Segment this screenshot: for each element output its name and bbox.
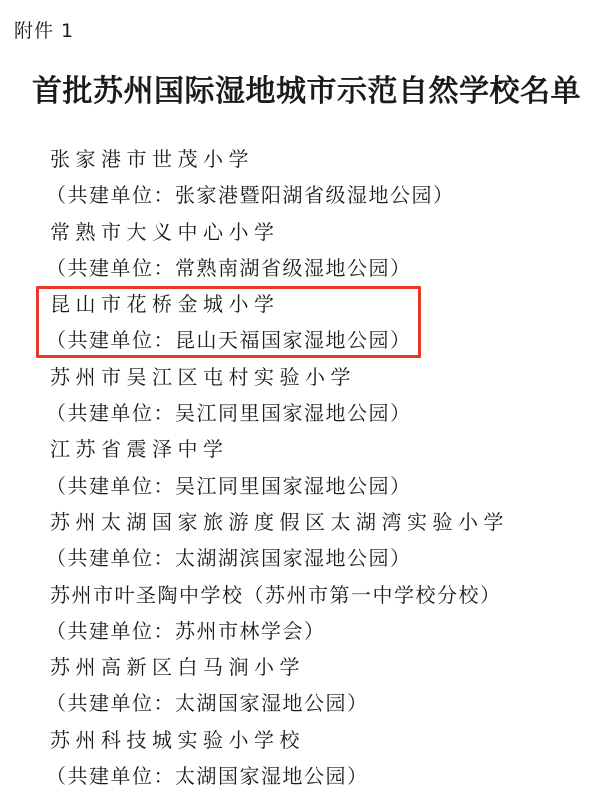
co-construction-unit: （共建单位：吴江同里国家湿地公园） — [0, 469, 613, 505]
school-name: 苏州高新区白马涧小学 — [0, 650, 613, 686]
school-name: 张家港市世茂小学 — [0, 142, 613, 178]
school-name: 常熟市大义中心小学 — [0, 215, 613, 251]
school-entry: 苏州高新区白马涧小学（共建单位：太湖国家湿地公园） — [0, 650, 613, 723]
school-entry-highlighted: 昆山市花桥金城小学（共建单位：昆山天福国家湿地公园） — [0, 287, 613, 360]
school-name: 江苏省震泽中学 — [0, 432, 613, 468]
co-construction-unit: （共建单位：苏州市林学会） — [0, 614, 613, 650]
school-name: 苏州太湖国家旅游度假区太湖湾实验小学 — [0, 505, 613, 541]
school-name: 苏州市叶圣陶中学校（苏州市第一中学校分校） — [0, 578, 613, 614]
page-title: 首批苏州国际湿地城市示范自然学校名单 — [0, 66, 613, 110]
attachment-label: 附件 1 — [14, 16, 74, 43]
co-construction-unit: （共建单位：太湖国家湿地公园） — [0, 759, 613, 793]
school-list: 张家港市世茂小学（共建单位：张家港暨阳湖省级湿地公园）常熟市大义中心小学（共建单… — [0, 142, 613, 793]
school-name: 苏州科技城实验小学校 — [0, 723, 613, 759]
co-construction-unit: （共建单位：常熟南湖省级湿地公园） — [0, 251, 613, 287]
school-entry: 江苏省震泽中学（共建单位：吴江同里国家湿地公园） — [0, 432, 613, 505]
document-page: { "page": { "attachment_label": "附件 1", … — [0, 0, 613, 793]
co-construction-unit: （共建单位：太湖湖滨国家湿地公园） — [0, 541, 613, 577]
co-construction-unit: （共建单位：昆山天福国家湿地公园） — [0, 323, 613, 359]
school-name: 苏州市吴江区屯村实验小学 — [0, 360, 613, 396]
co-construction-unit: （共建单位：太湖国家湿地公园） — [0, 686, 613, 722]
co-construction-unit: （共建单位：吴江同里国家湿地公园） — [0, 396, 613, 432]
school-entry: 苏州市吴江区屯村实验小学（共建单位：吴江同里国家湿地公园） — [0, 360, 613, 433]
school-entry: 苏州科技城实验小学校（共建单位：太湖国家湿地公园） — [0, 723, 613, 793]
school-name: 昆山市花桥金城小学 — [0, 287, 613, 323]
school-entry: 苏州市叶圣陶中学校（苏州市第一中学校分校）（共建单位：苏州市林学会） — [0, 578, 613, 651]
co-construction-unit: （共建单位：张家港暨阳湖省级湿地公园） — [0, 178, 613, 214]
school-entry: 张家港市世茂小学（共建单位：张家港暨阳湖省级湿地公园） — [0, 142, 613, 215]
school-entry: 苏州太湖国家旅游度假区太湖湾实验小学（共建单位：太湖湖滨国家湿地公园） — [0, 505, 613, 578]
school-entry: 常熟市大义中心小学（共建单位：常熟南湖省级湿地公园） — [0, 215, 613, 288]
